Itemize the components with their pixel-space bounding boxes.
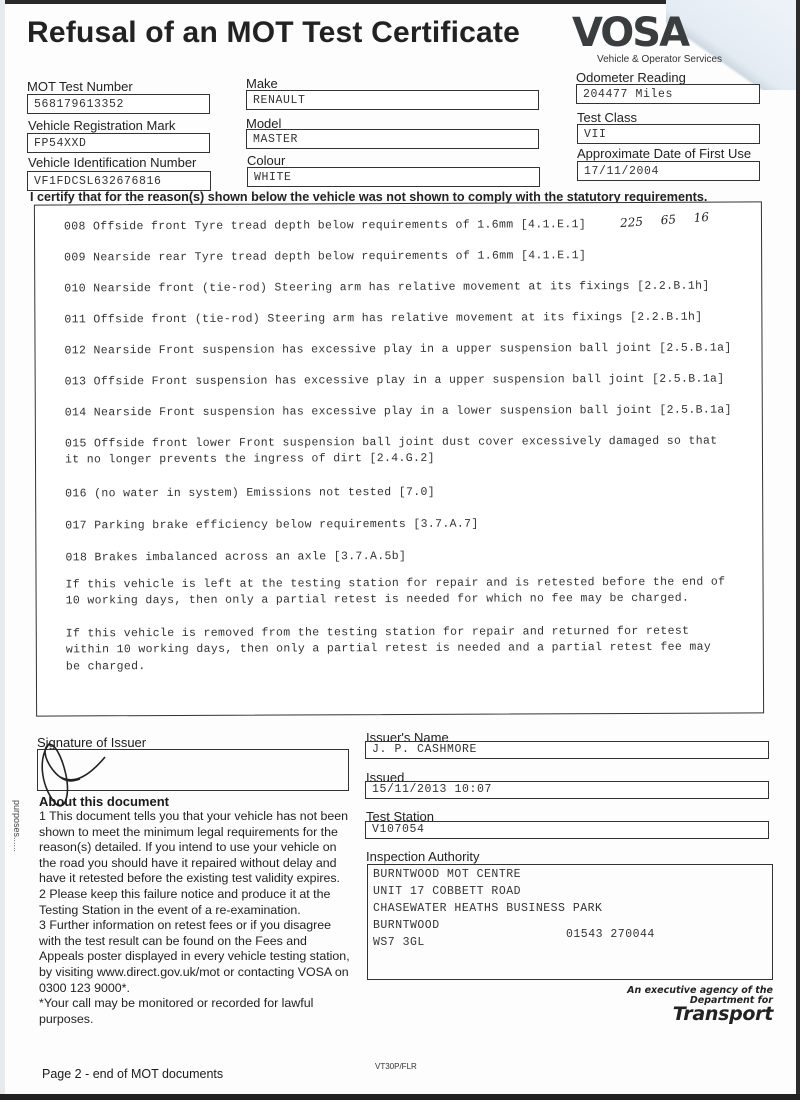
reason-item: 016 (no water in system) Emissions not t… [65,486,435,501]
scan-left-edge [0,0,5,1100]
inspection-authority-field: BURNTWOOD MOT CENTRE UNIT 17 COBBETT ROA… [367,864,773,980]
registration-mark-field: FP54XXD [27,133,210,153]
vosa-logo-subtitle: Vehicle & Operator Services [597,54,722,65]
about-paragraph: 3 Further information on retest fees or … [39,918,354,996]
failure-reasons-box: 008 Offside front Tyre tread depth below… [34,201,764,716]
retest-notice-1-line-1: If this vehicle is left at the testing s… [66,576,726,592]
reason-item: 009 Nearside rear Tyre tread depth below… [64,249,586,264]
vin-field: VF1FDCSL632676816 [27,171,211,191]
odometer-field: 204477 Miles [576,84,760,104]
reason-item: 015 Offside front lower Front suspension… [65,435,718,451]
first-use-field: 17/11/2004 [577,161,760,181]
scan-bottom-edge [0,1094,800,1100]
authority-phone: 01543 270044 [566,926,655,943]
test-station-field: V107054 [365,821,769,839]
retest-notice-2-line-2: within 10 working days, then only a part… [66,641,711,657]
authority-address-line: UNIT 17 COBBETT ROAD [373,883,767,900]
odometer-label: Odometer Reading [576,70,686,85]
registration-mark-label: Vehicle Registration Mark [28,118,175,133]
vosa-logo: VOSA [572,10,688,56]
mot-test-number-field: 568179613352 [27,94,210,114]
page-footer: Page 2 - end of MOT documents [42,1067,223,1081]
issued-field: 15/11/2013 10:07 [365,781,769,799]
mot-refusal-document: Refusal of an MOT Test Certificate VOSA … [0,0,800,1100]
about-body: 1 This document tells you that your vehi… [39,809,354,1027]
reason-item: 017 Parking brake efficiency below requi… [65,518,478,533]
authority-address-line: CHASEWATER HEATHS BUSINESS PARK [373,900,767,917]
agency-line-3: Transport [627,1003,773,1025]
about-paragraph: *Your call may be monitored or recorded … [39,996,354,1027]
retest-notice-2-line-3: be charged. [66,660,146,673]
colour-field: WHITE [247,167,540,187]
vin-label: Vehicle Identification Number [28,155,196,170]
reason-item: 011 Offside front (tie-rod) Steering arm… [64,311,702,327]
side-margin-text: purposes...... [12,800,22,852]
issuer-name-field: J. P. CASHMORE [365,741,769,759]
inspection-authority-label: Inspection Authority [366,849,479,864]
test-class-label: Test Class [577,110,637,125]
form-code: VT30P/FLR [375,1062,417,1071]
make-field: RENAULT [246,90,539,110]
about-paragraph: 2 Please keep this failure notice and pr… [39,887,354,918]
about-title: About this document [39,794,169,809]
document-title: Refusal of an MOT Test Certificate [27,16,520,50]
reason-item: 010 Nearside front (tie-rod) Steering ar… [64,280,709,296]
authority-address-line: BURNTWOOD MOT CENTRE [373,866,767,883]
make-label: Make [246,76,278,91]
first-use-label: Approximate Date of First Use [577,146,751,161]
dft-agency-logo: An executive agency of the Department fo… [627,985,773,1025]
reason-item: 018 Brakes imbalanced across an axle [3.… [65,550,406,564]
reason-item: 012 Nearside Front suspension has excess… [64,342,731,358]
reason-item: 013 Offside Front suspension has excessi… [65,373,725,389]
test-class-field: VII [577,124,760,144]
reason-item: 014 Nearside Front suspension has excess… [65,404,732,420]
retest-notice-1-line-2: 10 working days, then only a partial ret… [66,592,690,608]
model-field: MASTER [246,129,539,149]
about-paragraph: 1 This document tells you that your vehi… [39,809,354,887]
retest-notice-2-line-1: If this vehicle is removed from the test… [66,625,690,641]
colour-label: Colour [247,153,285,168]
scan-right-edge [796,0,800,1100]
reason-item: 008 Offside front Tyre tread depth below… [64,218,586,233]
reason-item-continued: it no longer prevents the ingress of dir… [65,452,435,467]
mot-test-number-label: MOT Test Number [27,79,133,94]
